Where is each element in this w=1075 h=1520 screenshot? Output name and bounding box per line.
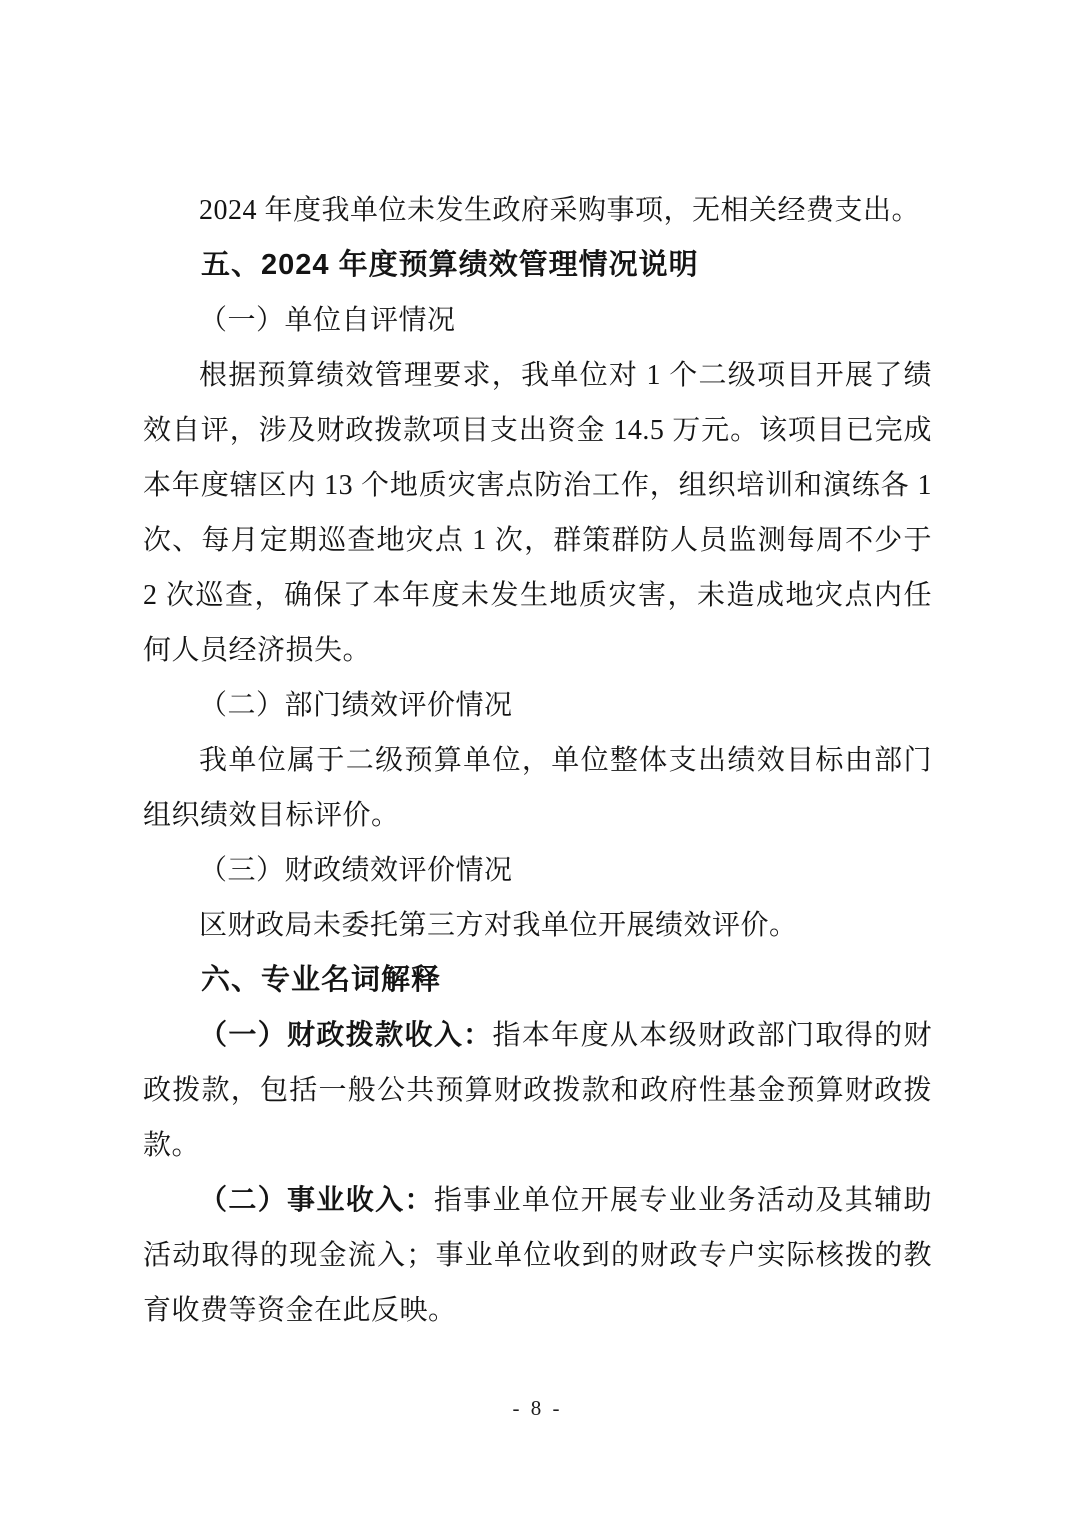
- paragraph-procurement-note: 2024 年度我单位未发生政府采购事项，无相关经费支出。: [143, 183, 932, 238]
- document-body: 2024 年度我单位未发生政府采购事项，无相关经费支出。 五、2024 年度预算…: [143, 183, 932, 1338]
- section-heading-6: 六、专业名词解释: [143, 953, 932, 1008]
- document-page: 2024 年度我单位未发生政府采购事项，无相关经费支出。 五、2024 年度预算…: [0, 0, 1075, 1520]
- subsection-heading-5-1: （一）单位自评情况: [143, 293, 932, 348]
- paragraph-department-evaluation: 我单位属于二级预算单位，单位整体支出绩效目标由部门组织绩效目标评价。: [143, 733, 932, 843]
- subsection-heading-5-3: （三）财政绩效评价情况: [143, 843, 932, 898]
- term-definition-fiscal-appropriation: （一）财政拨款收入：指本年度从本级财政部门取得的财政拨款，包括一般公共预算财政拨…: [143, 1008, 932, 1173]
- term-lead-fiscal-appropriation: （一）财政拨款收入：: [199, 1020, 493, 1051]
- term-lead-operating-income: （二）事业收入：: [199, 1185, 434, 1216]
- paragraph-finance-evaluation: 区财政局未委托第三方对我单位开展绩效评价。: [143, 898, 932, 953]
- section-heading-5: 五、2024 年度预算绩效管理情况说明: [143, 238, 932, 293]
- page-number: - 8 -: [0, 1396, 1075, 1421]
- paragraph-self-evaluation: 根据预算绩效管理要求，我单位对 1 个二级项目开展了绩效自评，涉及财政拨款项目支…: [143, 348, 932, 678]
- term-definition-operating-income: （二）事业收入：指事业单位开展专业业务活动及其辅助活动取得的现金流入；事业单位收…: [143, 1173, 932, 1338]
- subsection-heading-5-2: （二）部门绩效评价情况: [143, 678, 932, 733]
